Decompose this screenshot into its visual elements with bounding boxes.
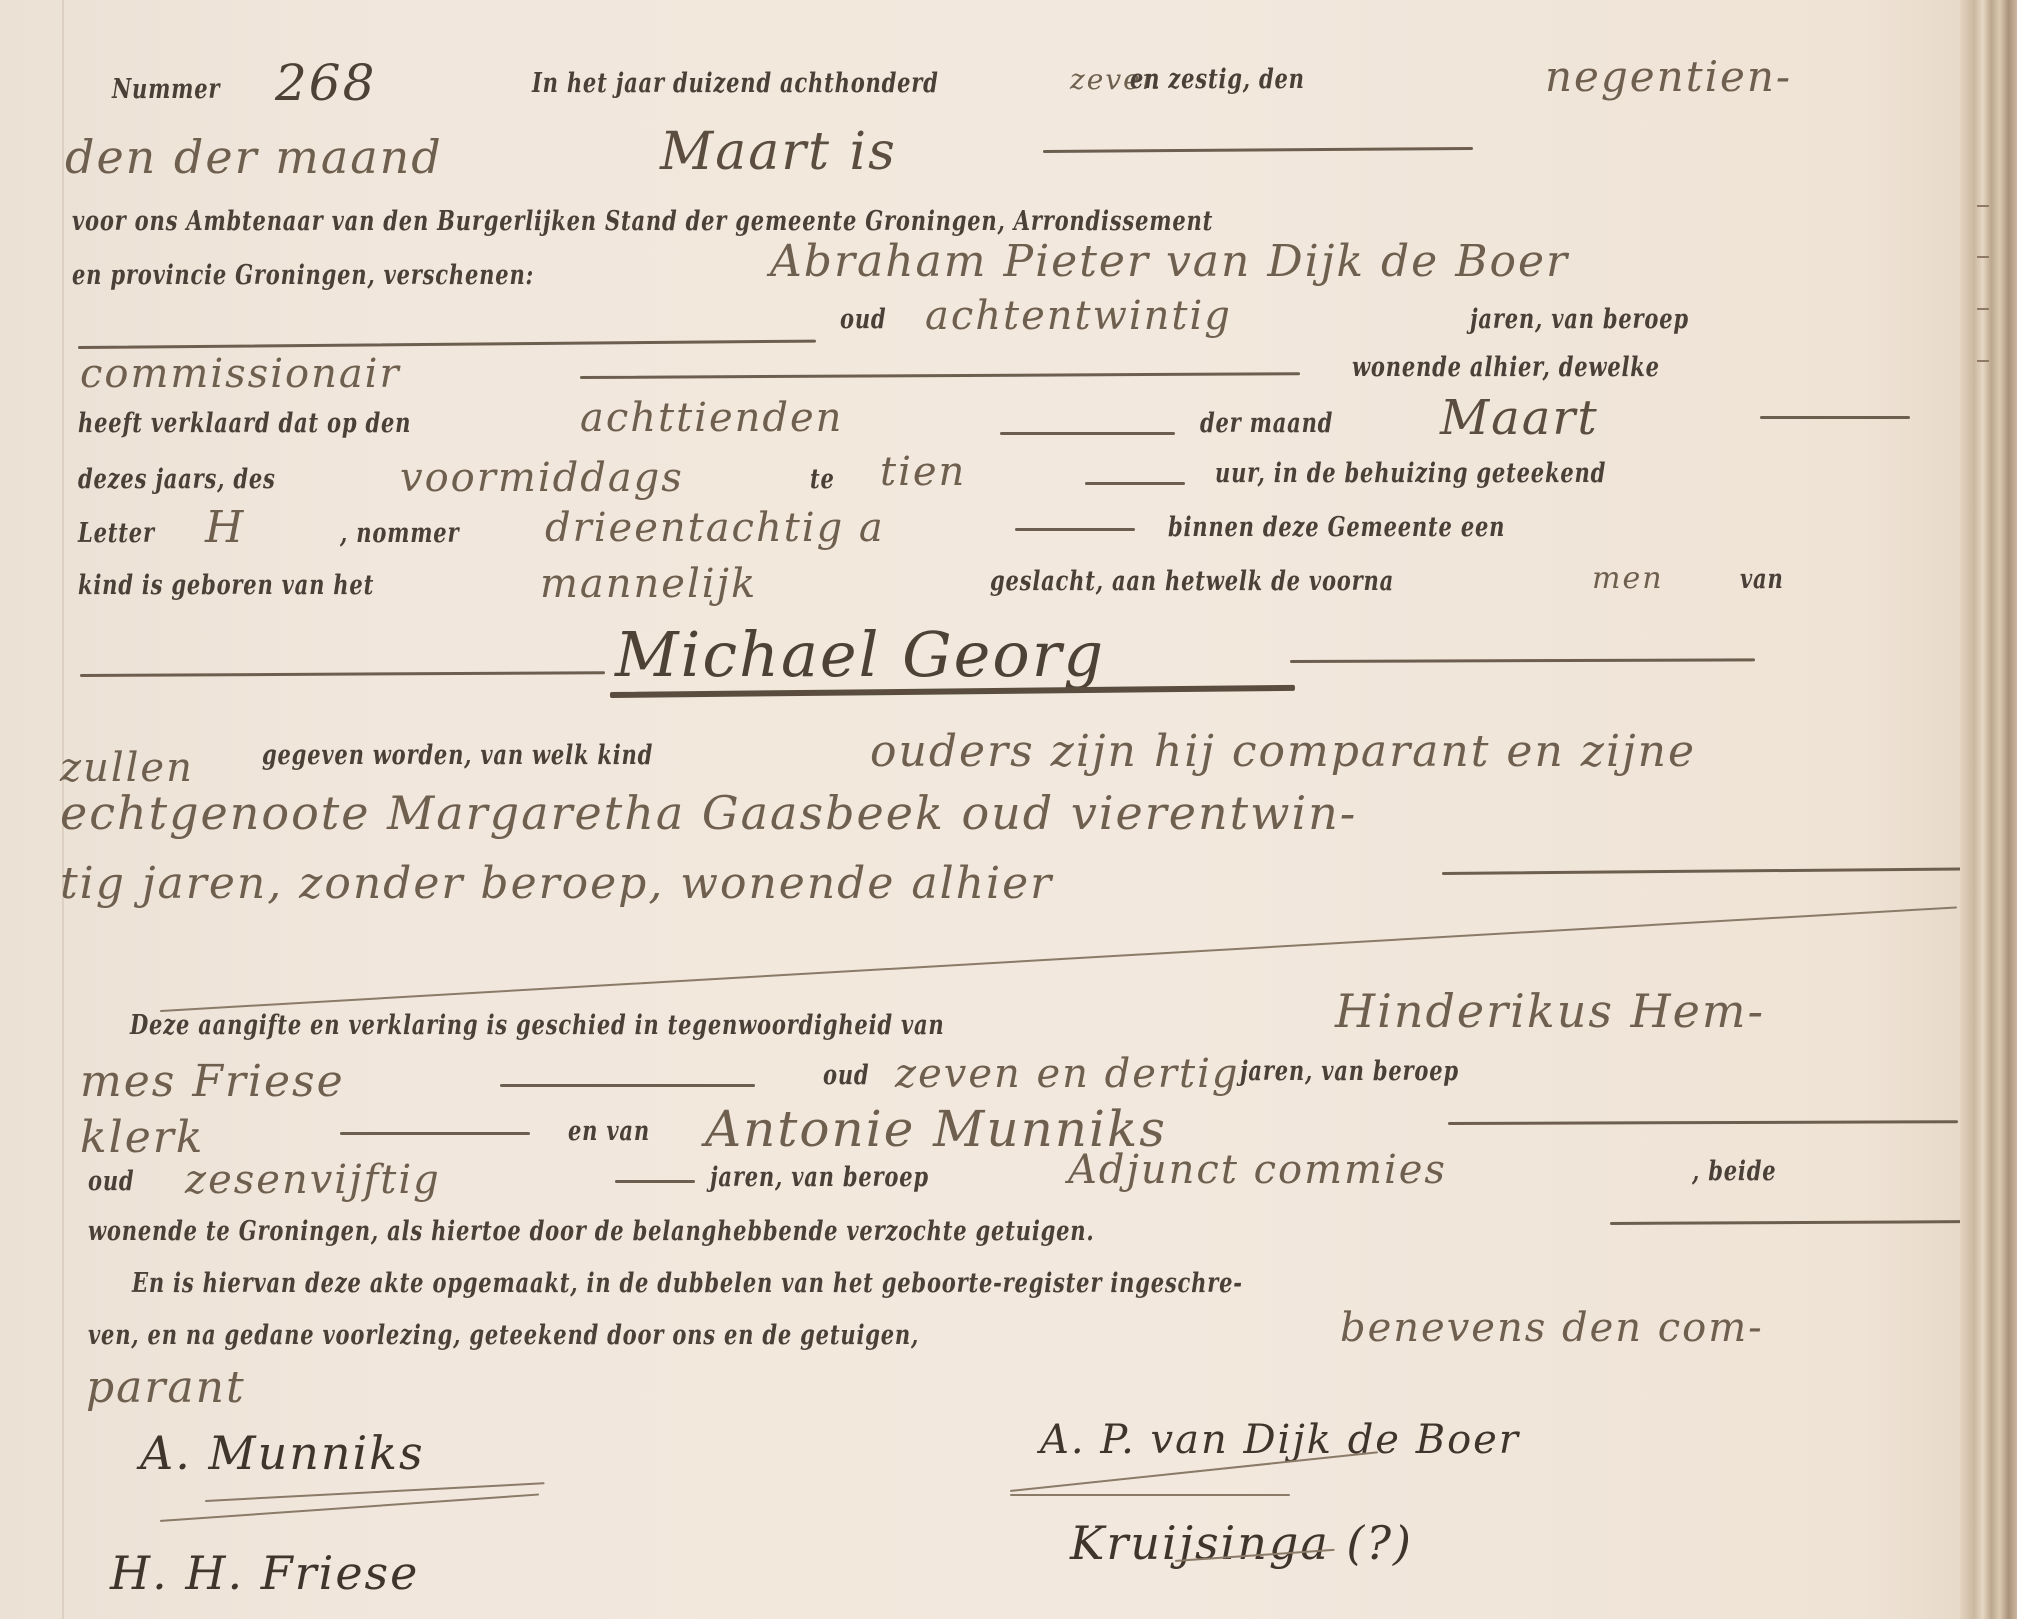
handwritten-declarant-age: achtentwintig xyxy=(925,296,1232,336)
signature-flourish xyxy=(205,1482,545,1502)
printed-wonende-groningen: wonende te Groningen, als hiertoe door d… xyxy=(88,1218,1095,1245)
handwritten-mother-line: echtgenoote Margaretha Gaasbeek oud vier… xyxy=(60,790,1357,836)
printed-binnen-gemeente: binnen deze Gemeente een xyxy=(1168,514,1505,541)
handwritten-day-cont: den der maand xyxy=(65,134,443,180)
printed-kind-geboren: kind is geboren van het xyxy=(78,572,374,599)
book-binding-edge xyxy=(1960,0,2017,1619)
handwritten-zullen: zullen xyxy=(60,748,194,788)
handwritten-witness1-name-cont: mes Friese xyxy=(80,1060,345,1104)
fill-rule xyxy=(78,340,816,349)
handwritten-witness2-profession: Adjunct commies xyxy=(1068,1150,1447,1190)
printed-oud-2: oud xyxy=(823,1062,869,1089)
printed-den: en zestig, den xyxy=(1130,66,1305,93)
handwritten-month: Maart is xyxy=(660,126,897,178)
handwritten-witness1-name: Hinderikus Hem- xyxy=(1335,988,1765,1034)
handwritten-parents-intro: ouders zijn hij comparant en zijne xyxy=(870,730,1696,774)
binding-mark xyxy=(1977,308,1989,310)
fill-rule xyxy=(615,1180,695,1183)
printed-voorlezing: ven, en na gedane voorlezing, geteekend … xyxy=(88,1322,919,1349)
printed-gegeven-worden: gegeven worden, van welk kind xyxy=(262,742,653,769)
handwritten-witness1-profession: klerk xyxy=(80,1116,204,1160)
fill-rule xyxy=(1610,1220,1962,1225)
signature-flourish xyxy=(160,1493,539,1522)
printed-year-text: In het jaar duizend achthonderd xyxy=(532,70,939,97)
fill-rule xyxy=(580,372,1300,379)
fill-rule xyxy=(1448,1120,1958,1125)
handwritten-declarant-name: Abraham Pieter van Dijk de Boer xyxy=(770,240,1569,284)
handwritten-letter: H xyxy=(205,506,245,550)
printed-verklaard: heeft verklaard dat op den xyxy=(78,410,411,437)
printed-verschenen: en provincie Groningen, verschenen: xyxy=(72,262,534,289)
fill-rule xyxy=(1015,528,1135,531)
printed-van: van xyxy=(1740,566,1784,593)
fill-rule xyxy=(1000,432,1175,435)
printed-nummer: Nummer xyxy=(112,76,220,103)
binding-mark xyxy=(1977,205,1989,207)
fill-rule xyxy=(500,1084,755,1087)
printed-en-van: en van xyxy=(568,1118,650,1145)
printed-oud-3: oud xyxy=(88,1168,134,1195)
printed-te: te xyxy=(810,466,835,493)
printed-uur-behuizing: uur, in de behuizing geteekend xyxy=(1215,460,1606,487)
handwritten-child-name: Michael Georg xyxy=(615,624,1105,686)
fill-rule xyxy=(1760,416,1910,419)
binding-mark xyxy=(1977,360,1989,362)
printed-jaren-beroep: jaren, van beroep xyxy=(1470,306,1689,333)
handwritten-act-number: 268 xyxy=(275,58,376,108)
handwritten-birth-day: achttienden xyxy=(580,398,843,438)
fill-rule xyxy=(1442,867,1962,875)
fill-rule xyxy=(80,671,605,677)
printed-der-maand: der maand xyxy=(1200,410,1333,437)
fill-rule xyxy=(1290,658,1755,663)
handwritten-daypart: voormiddags xyxy=(400,458,684,498)
handwritten-declarant-profession: commissionair xyxy=(80,354,401,394)
printed-jaren-beroep-3: jaren, van beroep xyxy=(710,1164,929,1191)
printed-wonende-alhier: wonende alhier, dewelke xyxy=(1352,354,1660,381)
printed-oud: oud xyxy=(840,306,886,333)
signature-witness2: A. Munniks xyxy=(140,1430,425,1476)
signature-flourish xyxy=(1010,1494,1290,1496)
signature-declarant: A. P. van Dijk de Boer xyxy=(1040,1420,1520,1460)
binding-mark xyxy=(1977,256,1989,258)
printed-nommer: , nommer xyxy=(340,520,459,547)
signature-witness1: H. H. Friese xyxy=(110,1550,419,1596)
handwritten-benevens: benevens den com- xyxy=(1340,1308,1764,1348)
document-page: Nummer 268 In het jaar duizend achthonde… xyxy=(0,0,1960,1619)
printed-jaren-beroep-2: jaren, van beroep xyxy=(1240,1058,1459,1085)
printed-akte-opgemaakt: En is hiervan deze akte opgemaakt, in de… xyxy=(132,1270,1243,1297)
handwritten-mother-details: tig jaren, zonder beroep, wonende alhier xyxy=(60,862,1053,906)
handwritten-house-number: drieentachtig a xyxy=(545,508,885,548)
printed-beide: , beide xyxy=(1692,1158,1776,1185)
handwritten-men: men xyxy=(1592,564,1664,594)
handwritten-witness2-age: zesenvijftig xyxy=(185,1160,441,1200)
handwritten-witness1-age: zeven en dertig xyxy=(895,1054,1240,1094)
handwritten-birth-month: Maart xyxy=(1440,394,1599,442)
printed-letter: Letter xyxy=(78,520,155,547)
printed-aangifte: Deze aangifte en verklaring is geschied … xyxy=(130,1012,945,1039)
printed-geslacht: geslacht, aan hetwelk de voorna xyxy=(990,568,1394,595)
signature-official: Kruijsinga (?) xyxy=(1070,1520,1413,1566)
fill-rule xyxy=(340,1132,530,1135)
handwritten-parant: parant xyxy=(86,1366,246,1410)
fill-rule xyxy=(1043,147,1473,153)
handwritten-hour: tien xyxy=(880,452,966,492)
printed-dezes-jaars: dezes jaars, des xyxy=(78,466,276,493)
printed-ambtenaar-line: voor ons Ambtenaar van den Burgerlijken … xyxy=(72,208,1213,235)
fill-rule xyxy=(1085,482,1185,485)
handwritten-sex: mannelijk xyxy=(540,564,757,604)
handwritten-day: negentien- xyxy=(1545,56,1792,98)
